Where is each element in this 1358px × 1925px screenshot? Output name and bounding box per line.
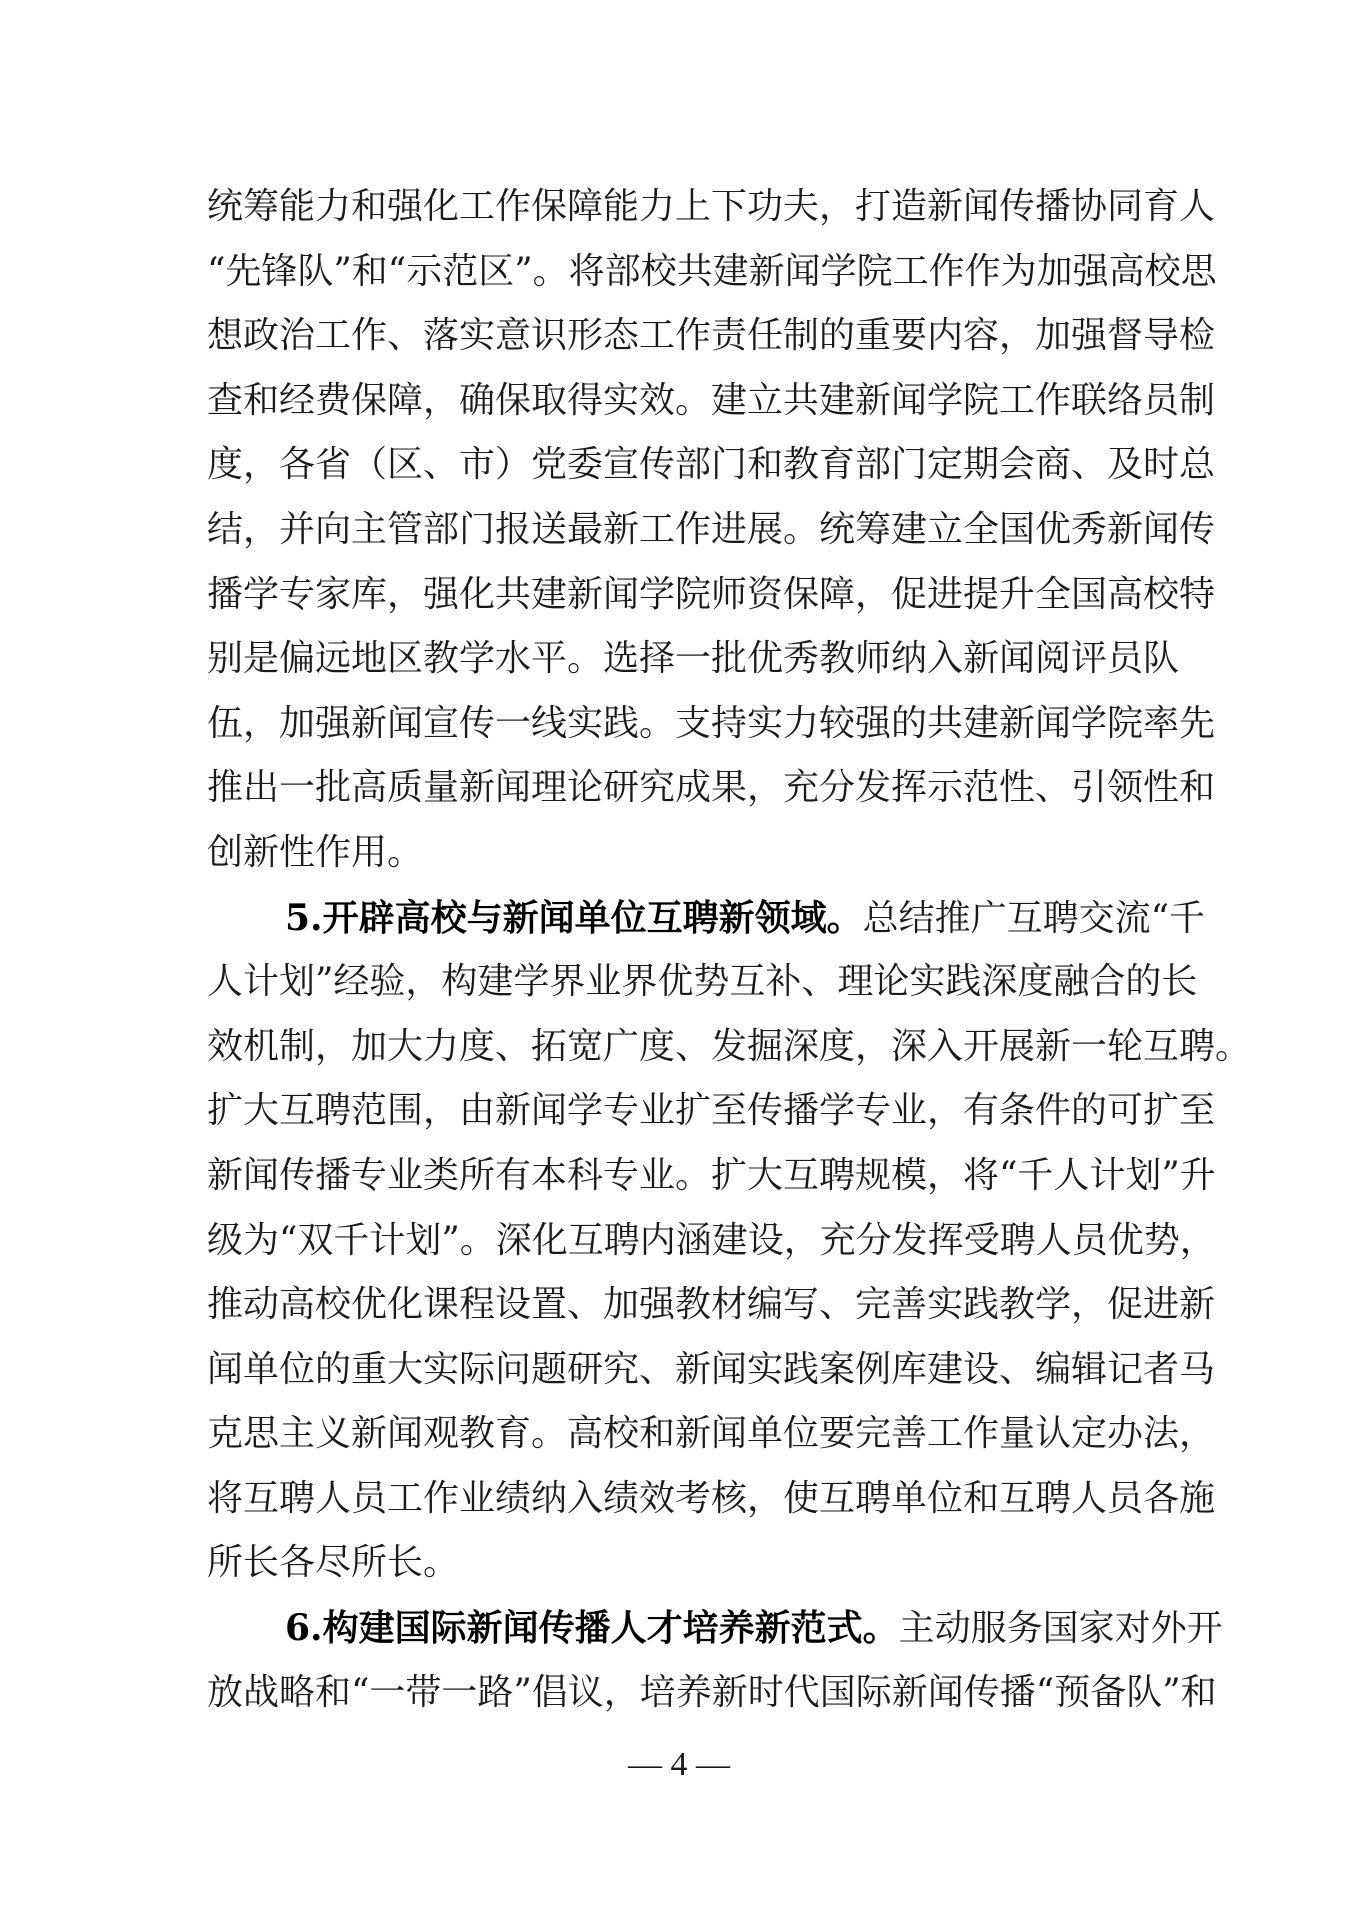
paragraph-line: 克思主义新闻观教育。高校和新闻单位要完善工作量认定办法，	[207, 1410, 1153, 1475]
paragraph-line: 将互聘人员工作业绩纳入绩效考核，使互聘单位和互聘人员各施	[207, 1475, 1153, 1540]
section-5-heading: 5.开辟高校与新闻单位互聘新领域。	[285, 897, 863, 939]
paragraph-line: 结，并向主管部门报送最新工作进展。统筹建立全国优秀新闻传	[207, 506, 1153, 571]
paragraph-line: 级为“双千计划”。深化互聘内涵建设，充分发挥受聘人员优势，	[207, 1217, 1153, 1282]
section-6-heading: 6.构建国际新闻传播人才培养新范式。	[285, 1607, 899, 1649]
paragraph-line: 别是偏远地区教学水平。选择一批优秀教师纳入新闻阅评员队	[207, 635, 1153, 700]
paragraph-line: 效机制，加大力度、拓宽广度、发掘深度，深入开展新一轮互聘。	[207, 1023, 1153, 1088]
document-page: 统筹能力和强化工作保障能力上下功夫，打造新闻传播协同育人 “先锋队”和“示范区”…	[0, 0, 1358, 1925]
paragraph-line: 扩大互聘范围，由新闻学专业扩至传播学专业，有条件的可扩至	[207, 1087, 1153, 1152]
paragraph-line: 推动高校优化课程设置、加强教材编写、完善实践教学，促进新	[207, 1281, 1153, 1346]
paragraph-line: 闻单位的重大实际问题研究、新闻实践案例库建设、编辑记者马	[207, 1346, 1153, 1411]
section-6-text: 主动服务国家对外开	[899, 1608, 1223, 1649]
paragraph-line: 查和经费保障，确保取得实效。建立共建新闻学院工作联络员制	[207, 377, 1153, 442]
section-5-text: 总结推广互聘交流“千	[863, 898, 1205, 939]
paragraph-line: 新闻传播专业类所有本科专业。扩大互聘规模，将“千人计划”升	[207, 1152, 1153, 1217]
paragraph-line: 度，各省（区、市）党委宣传部门和教育部门定期会商、及时总	[207, 441, 1153, 506]
paragraph-line: 想政治工作、落实意识形态工作责任制的重要内容，加强督导检	[207, 312, 1153, 377]
paragraph-line: 统筹能力和强化工作保障能力上下功夫，打造新闻传播协同育人	[207, 183, 1153, 248]
body-text: 统筹能力和强化工作保障能力上下功夫，打造新闻传播协同育人 “先锋队”和“示范区”…	[207, 183, 1153, 1733]
paragraph-line: 播学专家库，强化共建新闻学院师资保障，促进提升全国高校特	[207, 571, 1153, 636]
paragraph-line: 所长各尽所长。	[207, 1539, 1153, 1604]
paragraph-line: 放战略和“一带一路”倡议，培养新时代国际新闻传播“预备队”和	[207, 1669, 1153, 1734]
section-5-first-line: 5.开辟高校与新闻单位互聘新领域。总结推广互聘交流“千	[207, 894, 1153, 959]
paragraph-line: 推出一批高质量新闻理论研究成果，充分发挥示范性、引领性和	[207, 764, 1153, 829]
paragraph-line: “先锋队”和“示范区”。将部校共建新闻学院工作作为加强高校思	[207, 248, 1153, 313]
section-6-first-line: 6.构建国际新闻传播人才培养新范式。主动服务国家对外开	[207, 1604, 1153, 1669]
paragraph-line: 伍，加强新闻宣传一线实践。支持实力较强的共建新闻学院率先	[207, 700, 1153, 765]
page-number: — 4 —	[0, 1742, 1358, 1788]
paragraph-line: 创新性作用。	[207, 829, 1153, 894]
paragraph-line: 人计划”经验，构建学界业界优势互补、理论实践深度融合的长	[207, 958, 1153, 1023]
